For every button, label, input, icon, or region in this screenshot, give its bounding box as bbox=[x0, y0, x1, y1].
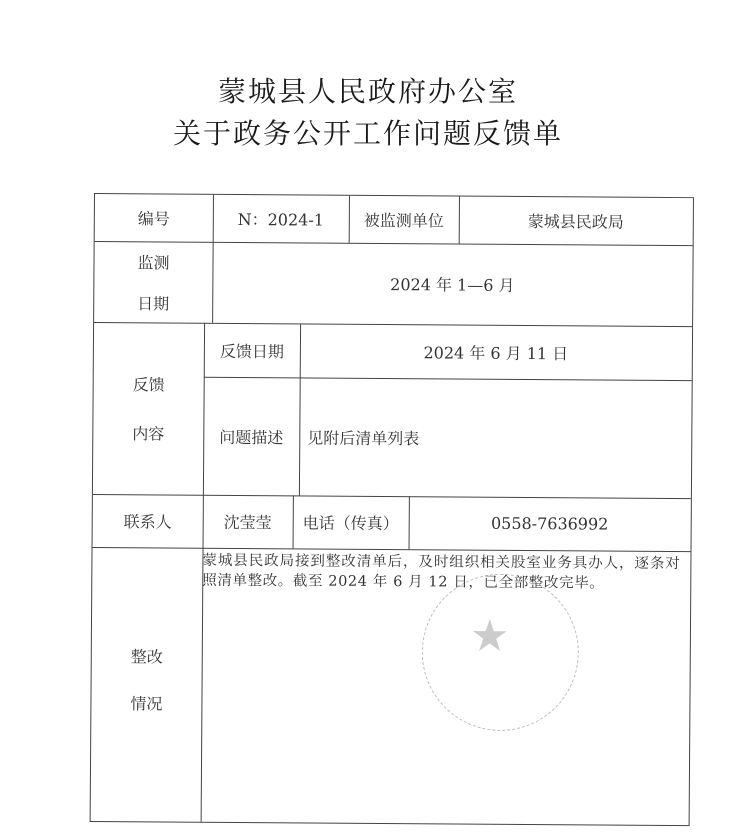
contact-value: 沈莹莹 bbox=[203, 495, 293, 549]
phone-value: 0558-7636992 bbox=[409, 496, 691, 551]
feedback-date-value: 2024 年 6 月 11 日 bbox=[300, 323, 692, 380]
feedback-label-2: 内容 bbox=[132, 421, 164, 444]
star-icon: ★ bbox=[470, 611, 510, 662]
document-title-line2: 关于政务公开工作问题反馈单 bbox=[0, 112, 736, 152]
monitor-date-label-2: 日期 bbox=[137, 291, 169, 314]
phone-label: 电话（传真） bbox=[293, 495, 409, 549]
issue-desc-label: 问题描述 bbox=[203, 377, 300, 496]
feedback-form-table: 编号 N：2024-1 被监测单位 蒙城县民政局 监测 日期 2024 年 1—… bbox=[90, 193, 694, 826]
rectify-value: 蒙城县民政局接到整改清单后，及时组织相关股室业务具办人，逐条对照清单整改。截至 … bbox=[202, 551, 680, 594]
serial-label: 编号 bbox=[95, 194, 213, 242]
monitored-unit-value: 蒙城县民政局 bbox=[459, 197, 693, 246]
monitor-date-label: 监测 日期 bbox=[94, 241, 213, 323]
monitor-date-label-1: 监测 bbox=[137, 250, 169, 273]
feedback-label-1: 反馈 bbox=[133, 372, 165, 395]
rectify-label-2: 情况 bbox=[130, 691, 162, 714]
monitor-date-value: 2024 年 1—6 月 bbox=[212, 242, 693, 326]
rectify-label: 整改 情况 bbox=[91, 547, 203, 822]
feedback-date-label: 反馈日期 bbox=[204, 323, 300, 378]
serial-value: N：2024-1 bbox=[213, 195, 349, 243]
rectify-label-1: 整改 bbox=[131, 644, 163, 667]
issue-desc-value: 见附后清单列表 bbox=[299, 377, 692, 498]
feedback-label: 反馈 内容 bbox=[93, 322, 204, 495]
document-title-line1: 蒙城县人民政府办公室 bbox=[0, 70, 736, 110]
monitored-unit-label: 被监测单位 bbox=[349, 196, 459, 244]
contact-label: 联系人 bbox=[93, 494, 203, 548]
